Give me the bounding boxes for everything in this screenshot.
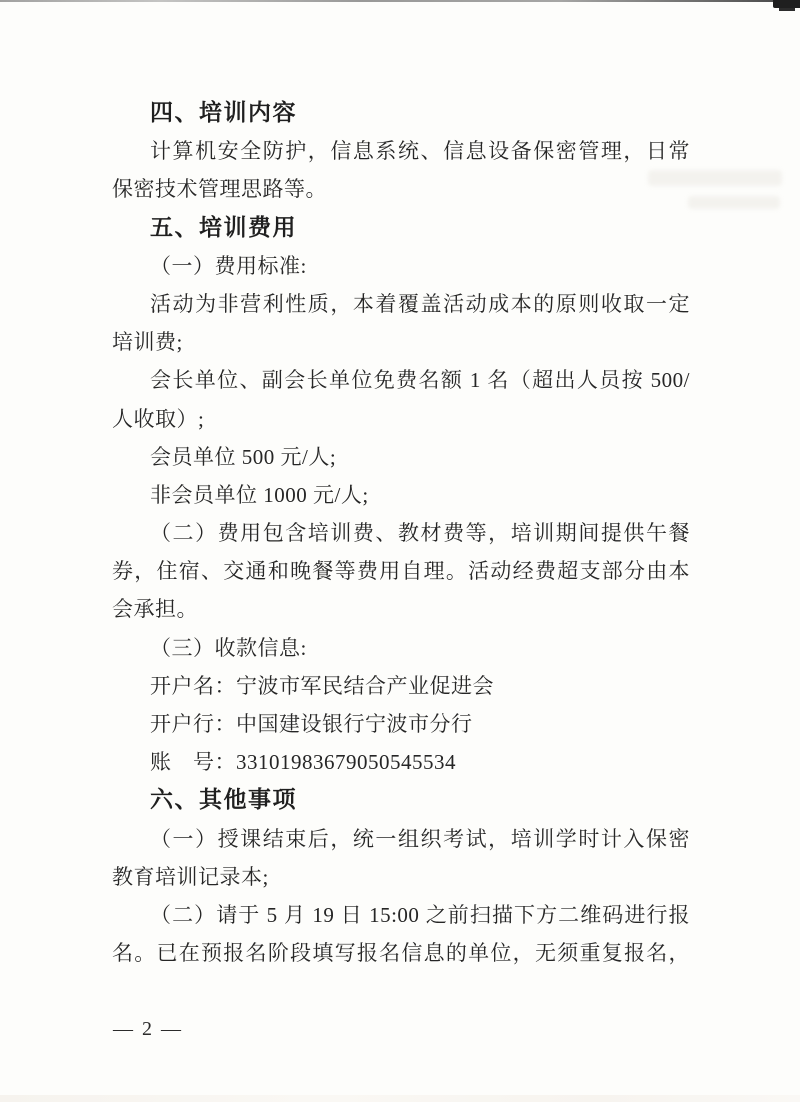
text-line: （一）授课结束后，统一组织考试，培训学时计入保密	[112, 820, 690, 858]
text-line: 开户行：中国建设银行宁波市分行	[112, 705, 690, 743]
text-line: 活动为非营利性质，本着覆盖活动成本的原则收取一定	[112, 285, 690, 323]
document-text-block: 四、培训内容计算机安全防护，信息系统、信息设备保密管理，日常保密技术管理思路等。…	[112, 94, 690, 972]
text-line: 账 号：33101983679050545534	[112, 743, 690, 781]
section-heading: 四、培训内容	[112, 94, 690, 132]
text-line: 人收取）;	[112, 400, 690, 438]
page-number: — 2 —	[113, 1018, 183, 1041]
text-line: 会员单位 500 元/人;	[112, 438, 690, 476]
text-line: （二）请于 5 月 19 日 15:00 之前扫描下方二维码进行报	[112, 896, 690, 934]
text-line: 非会员单位 1000 元/人;	[112, 476, 690, 514]
text-line: 保密技术管理思路等。	[112, 170, 690, 208]
text-line: 开户名：宁波市军民结合产业促进会	[112, 667, 690, 705]
bleed-through-smudge	[688, 196, 780, 209]
scanned-document-page: 四、培训内容计算机安全防护，信息系统、信息设备保密管理，日常保密技术管理思路等。…	[0, 0, 800, 1102]
section-heading: 五、培训费用	[112, 209, 690, 247]
text-line: （一）费用标准:	[112, 247, 690, 285]
text-line: （三）收款信息:	[112, 629, 690, 667]
text-line: 培训费;	[112, 323, 690, 361]
text-line: 券，住宿、交通和晚餐等费用自理。活动经费超支部分由本	[112, 552, 690, 590]
text-line: （二）费用包含培训费、教材费等，培训期间提供午餐	[112, 514, 690, 552]
text-line: 会承担。	[112, 590, 690, 628]
text-line: 名。已在预报名阶段填写报名信息的单位，无须重复报名，	[112, 934, 690, 972]
section-heading: 六、其他事项	[112, 781, 690, 819]
text-line: 会长单位、副会长单位免费名额 1 名（超出人员按 500/	[112, 361, 690, 399]
scan-edge-artifact-top	[0, 0, 800, 2]
scan-artifact-top-right-corner	[773, 0, 800, 8]
scan-edge-artifact-bottom	[0, 1095, 800, 1102]
text-line: 教育培训记录本;	[112, 858, 690, 896]
text-line: 计算机安全防护，信息系统、信息设备保密管理，日常	[112, 132, 690, 170]
